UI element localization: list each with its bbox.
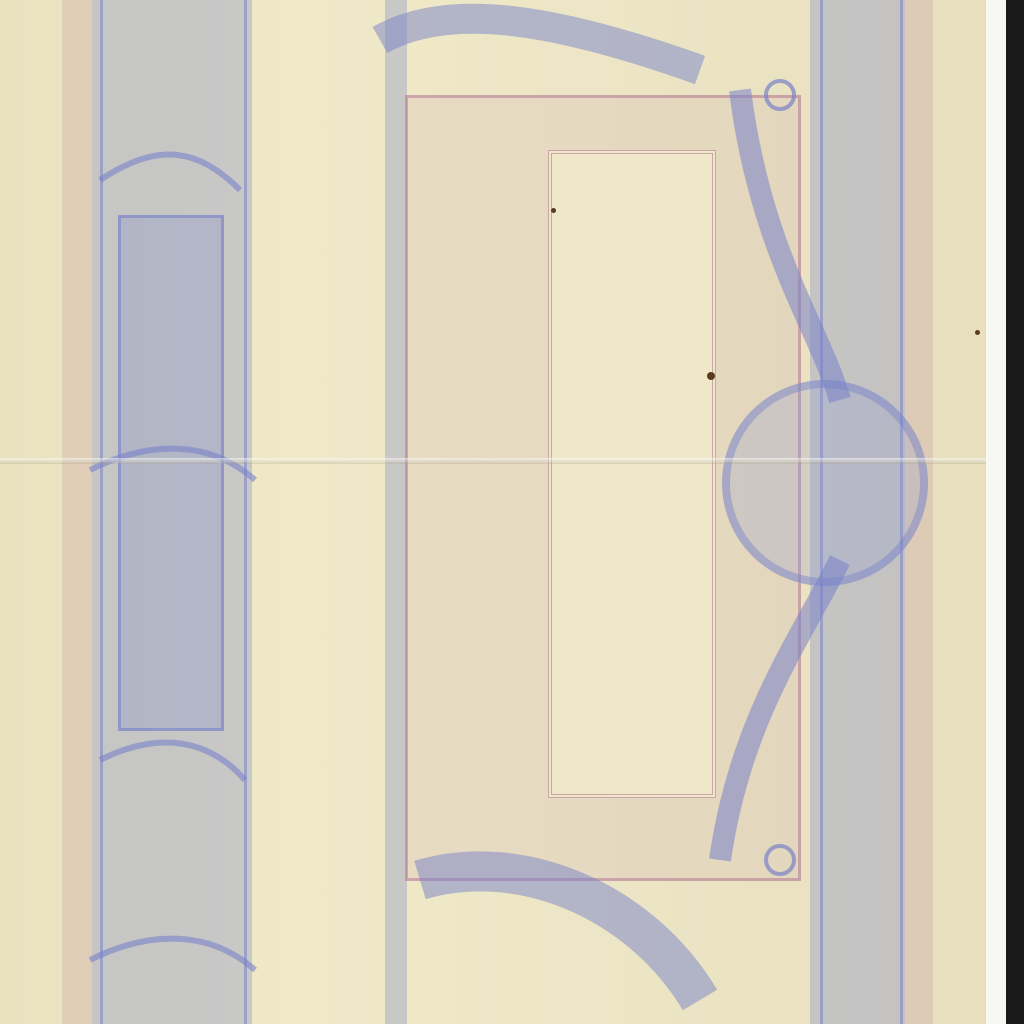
stain-spot (551, 208, 556, 213)
engraving-overlay (0, 0, 986, 1024)
scan-border (1006, 0, 1024, 1024)
banknote-photo (0, 0, 1024, 1024)
stain-spot (707, 372, 715, 380)
horizontal-fold (0, 458, 986, 464)
scan-margin (986, 0, 1006, 1024)
stain-spot (975, 330, 980, 335)
